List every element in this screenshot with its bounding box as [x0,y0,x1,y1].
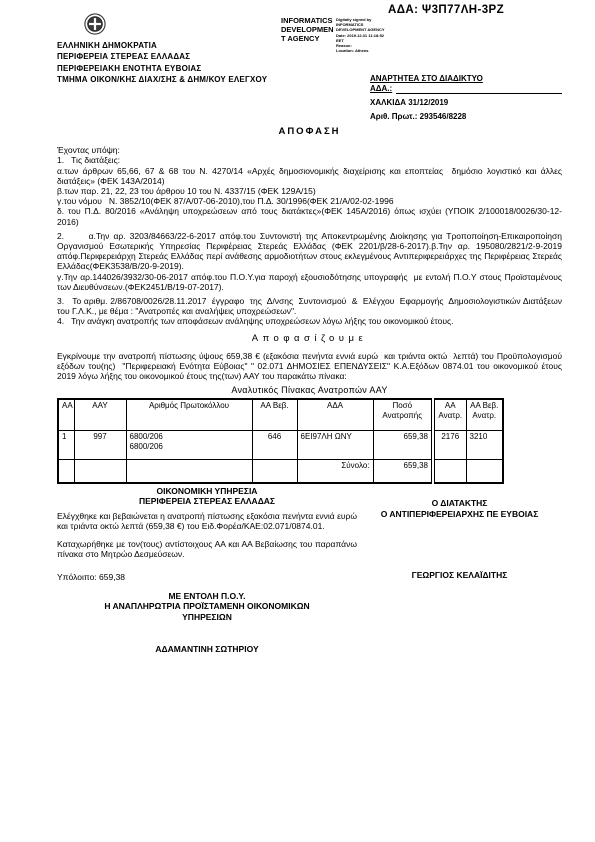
digital-signature-details: Digitally signed by INFORMATICS DEVELOPM… [336,17,406,53]
ada-fill-line: ΑΔΑ.: [370,84,562,94]
head-of-finance-name: ΑΔΑΜΑΝΤΙΝΗ ΣΩΤΗΡΙΟΥ [57,644,357,654]
authorizing-officer-column: Ο ΔΙΑΤΑΚΤΗΣ Ο ΑΝΤΙΠΕΡΙΦΕΡΕΙΑΡΧΗΣ ΠΕ ΕΥΒΟ… [357,486,562,582]
registration-paragraph: Καταχωρήθηκε με τον(τους) αντίστοιχους Α… [57,539,357,560]
table-row: 1 997 6800/206 6800/206 646 6ΕΙ97ΛΗ ΩΝΥ … [58,430,503,459]
greek-coat-of-arms-icon [84,13,106,35]
item-3: 3. Το αριθμ. 2/86708/0026/28.11.2017 έγγ… [57,296,562,316]
item-4: 4. Την ανάγκη ανατροπής των αποφάσεων αν… [57,316,562,326]
decide-heading: Αποφασίζουμε [57,334,562,344]
officer-title-1: Ο ΔΙΑΤΑΚΤΗΣ [357,498,562,509]
service-line-2: ΠΕΡΙΦΕΡΕΙΑ ΣΤΕΡΕΑΣ ΕΛΛΑΔΑΣ [57,496,357,507]
by-order-line-3: ΥΠΗΡΕΣΙΩΝ [57,612,357,623]
document-page: ΑΔΑ: Ψ3Π77ΛΗ-3ΡΖ ΕΛΛΗΝΙΚΗ ΔΗΜΟΚΡΑΤΙΑ ΠΕΡ… [0,0,595,842]
place-date: ΧΑΛΚΙΔΑ 31/12/2019 [370,98,562,108]
org-line: ΤΜΗΜΑ ΟΙΚΟΝ/ΚΗΣ ΔΙΑΧ/ΣΗΣ & ΔΗΜ/ΚΟΥ ΕΛΕΓΧ… [57,74,267,85]
table-title: Αναλυτικός Πίνακας Ανατροπών ΑΑΥ [57,385,562,395]
approve-paragraph: Εγκρίνουμε την ανατροπή πίστωσης ύψους 6… [57,351,562,382]
total-value: 659,38 [373,459,433,483]
org-line: ΠΕΡΙΦΕΡΕΙΑΚΗ ΕΝΟΤΗΤΑ ΕΥΒΟΙΑΣ [57,63,267,74]
total-label: Σύνολο: [297,459,373,483]
empty-cell [58,459,74,483]
stamp-agency-line: DEVELOPMEN [281,25,335,34]
empty-cell [252,459,297,483]
empty-cell [126,459,252,483]
web-posting-label: ΑΝΑΡΤΗΤΕΑ ΣΤΟ ΔΙΑΔΙΚΤΥΟ [370,74,562,84]
cell-ada: 6ΕΙ97ΛΗ ΩΝΥ [297,430,373,459]
verification-paragraph: Ελέγχθηκε και βεβαιώνεται η ανατροπή πίσ… [57,511,357,532]
protocol-number: Αριθ. Πρωτ.: 293546/8228 [370,112,562,122]
sig-line: Location: Athens [336,48,406,53]
financial-service-column: ΟΙΚΟΝΟΜΙΚΗ ΥΠΗΡΕΣΙΑ ΠΕΡΙΦΕΡΕΙΑ ΣΤΕΡΕΑΣ Ε… [57,486,357,582]
col-header-aa-anatr: ΑΑ Ανατρ. [433,399,466,431]
protocol-line-2: 6800/206 [130,442,249,452]
ada-code: ΑΔΑ: Ψ3Π77ΛΗ-3ΡΖ [388,4,504,16]
ada-blank-line [396,85,562,94]
cell-aa-beb: 646 [252,430,297,459]
empty-cell [466,459,503,483]
by-order-line-1: ΜΕ ΕΝΤΟΛΗ Π.Ο.Υ. [57,591,357,602]
col-header-aa: ΑΑ [58,399,74,431]
col-header-ada: ΑΔΑ [297,399,373,431]
table-total-row: Σύνολο: 659,38 [58,459,503,483]
empty-cell [433,459,466,483]
service-heading: ΟΙΚΟΝΟΜΙΚΗ ΥΠΗΡΕΣΙΑ ΠΕΡΙΦΕΡΕΙΑ ΣΤΕΡΕΑΣ Ε… [57,486,357,507]
decision-body: ΑΠΟΦΑΣΗ Έχοντας υπόψη: 1. Τις διατάξεις:… [57,127,562,655]
stamp-agency-line: T AGENCY [281,34,335,43]
preamble: Έχοντας υπόψη: [57,145,562,155]
item-1b: β.των παρ. 21, 22, 23 του άρθρου 10 του … [57,186,562,196]
org-line: ΠΕΡΙΦΕΡΕΙΑ ΣΤΕΡΕΑΣ ΕΛΛΑΔΑΣ [57,51,267,62]
empty-cell [74,459,126,483]
cell-aay: 997 [74,430,126,459]
cell-aa-beb-anatr: 3210 [466,430,503,459]
officer-title-2: Ο ΑΝΤΙΠΕΡΙΦΕΡΕΙΑΡΧΗΣ ΠΕ ΕΥΒΟΙΑΣ [357,509,562,520]
ada-line-label: ΑΔΑ.: [370,84,392,94]
cell-aa: 1 [58,430,74,459]
col-header-amount: Ποσό Ανατροπής [373,399,433,431]
item-1d: δ. του Π.Δ. 80/2016 «Ανάληψη υποχρεώσεων… [57,206,562,226]
col-header-aay: ΑΑΥ [74,399,126,431]
item-2c: γ.Την αρ.144026/3932/30-06-2017 απόφ.του… [57,272,562,292]
balance-line: Υπόλοιπο: 659,38 [57,572,357,582]
decision-title: ΑΠΟΦΑΣΗ [57,127,562,137]
item-2: 2. α.Την αρ. 3203/84663/22-6-2017 απόφ.τ… [57,231,562,272]
reversals-table: ΑΑ ΑΑΥ Αριθμός Πρωτοκόλλου ΑΑ Βεβ. ΑΔΑ Π… [57,398,504,484]
signatures-section: ΟΙΚΟΝΟΜΙΚΗ ΥΠΗΡΕΣΙΑ ΠΕΡΙΦΕΡΕΙΑ ΣΤΕΡΕΑΣ Ε… [57,486,562,582]
item-1-head: 1. Τις διατάξεις: [57,155,562,165]
issuing-organization: ΕΛΛΗΝΙΚΗ ΔΗΜΟΚΡΑΤΙΑ ΠΕΡΙΦΕΡΕΙΑ ΣΤΕΡΕΑΣ Ε… [57,40,267,86]
item-1c: γ.του νόμου Ν. 3852/10(ΦΕΚ 87/Α/07-06-20… [57,196,562,206]
table-header-row: ΑΑ ΑΑΥ Αριθμός Πρωτοκόλλου ΑΑ Βεβ. ΑΔΑ Π… [58,399,503,431]
cell-amount: 659,38 [373,430,433,459]
col-header-protocol: Αριθμός Πρωτοκόλλου [126,399,252,431]
service-line-1: ΟΙΚΟΝΟΜΙΚΗ ΥΠΗΡΕΣΙΑ [57,486,357,497]
stamp-agency-line: INFORMATICS [281,16,335,25]
by-order-line-2: Η ΑΝΑΠΛΗΡΩΤΡΙΑ ΠΡΟΪΣΤΑΜΕΝΗ ΟΙΚΟΝΟΜΙΚΩΝ [57,601,357,612]
by-order-block: ΜΕ ΕΝΤΟΛΗ Π.Ο.Υ. Η ΑΝΑΠΛΗΡΩΤΡΙΑ ΠΡΟΪΣΤΑΜ… [57,591,357,623]
digital-signature-stamp: INFORMATICS DEVELOPMEN T AGENCY [281,16,335,43]
cell-aa-anatr: 2176 [433,430,466,459]
org-line: ΕΛΛΗΝΙΚΗ ΔΗΜΟΚΡΑΤΙΑ [57,40,267,51]
document-info-block: ΑΝΑΡΤΗΤΕΑ ΣΤΟ ΔΙΑΔΙΚΤΥΟ ΑΔΑ.: ΧΑΛΚΙΔΑ 31… [370,74,562,126]
cell-protocol: 6800/206 6800/206 [126,430,252,459]
item-1a: α.των άρθρων 65,66, 67 & 68 του Ν. 4270/… [57,166,562,186]
col-header-aa-beb: ΑΑ Βεβ. [252,399,297,431]
col-header-aa-beb-anatr: ΑΑ Βεβ. Ανατρ. [466,399,503,431]
protocol-line-1: 6800/206 [130,432,249,442]
officer-name: ΓΕΩΡΓΙΟΣ ΚΕΛΑΪΔΙΤΗΣ [357,570,562,581]
